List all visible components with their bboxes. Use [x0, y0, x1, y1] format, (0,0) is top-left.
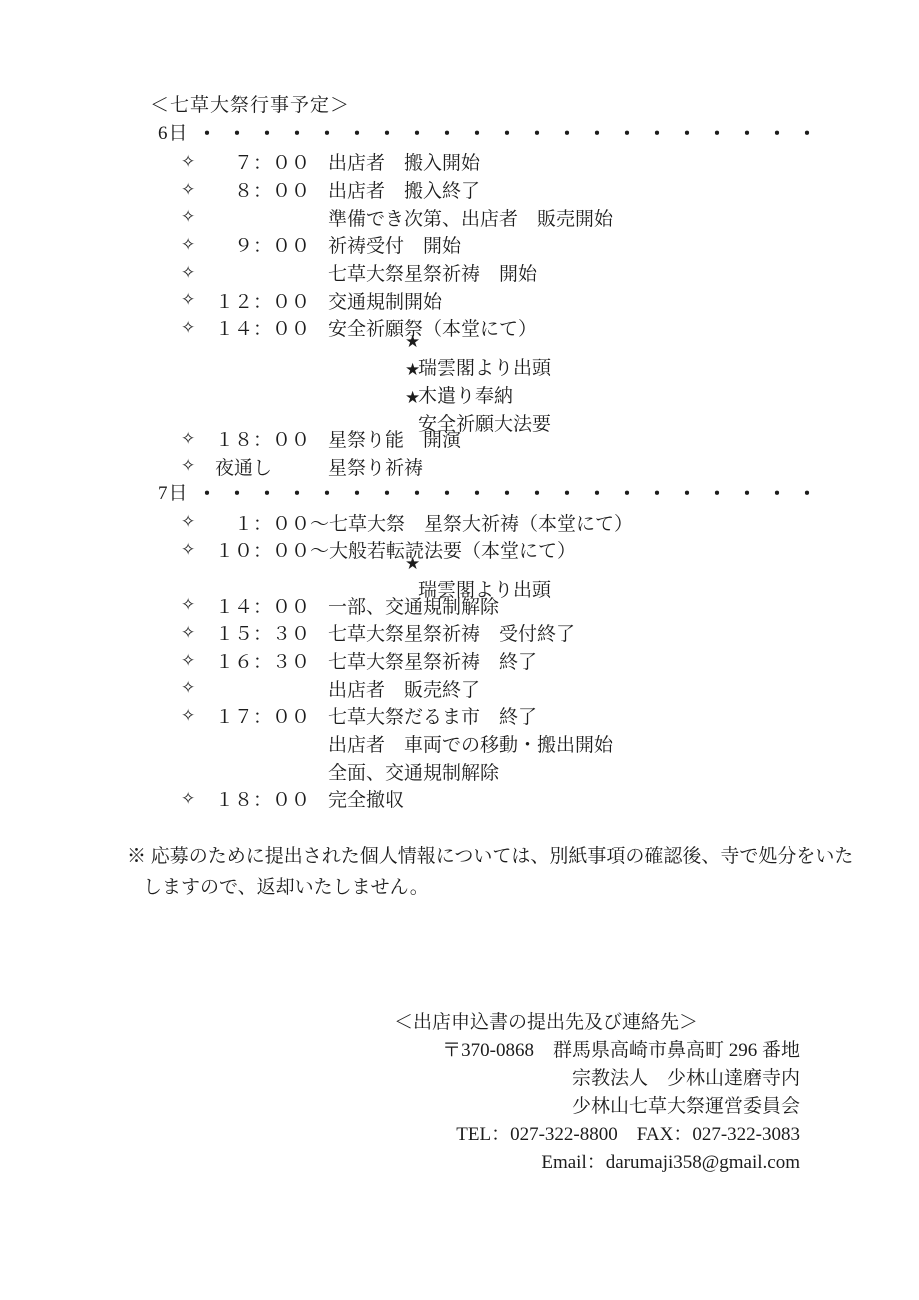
schedule-row: ✧ １４：００ 一部、交通規制解除 [0, 591, 919, 619]
dotted-leader: ・・・・・・・・・・・・・・・・・・・・・・・・・・・・・・・・・・・・・ [198, 120, 810, 148]
diamond-bullet-icon: ✧ [181, 623, 215, 643]
privacy-note-line2: しますので、返却いたしません。 [143, 872, 919, 903]
event-description: 星祭り能 開演 [328, 425, 461, 452]
schedule-row: ✧ ９：００ 祈祷受付 開始 [0, 231, 919, 259]
event-time: １４：００ [215, 314, 328, 341]
contact-heading: ＜出店申込書の提出先及び連絡先＞ [0, 1009, 800, 1037]
diamond-bullet-icon: ✧ [181, 651, 215, 671]
page-title: ＜七草大祭行事予定＞ [150, 92, 919, 120]
day7-header: 7日 ・・・・・・・・・・・・・・・・・・・・・・・・・・・・・・・・・・・・・ [158, 480, 919, 508]
event-time: １７：００ [215, 702, 328, 729]
event-description: 準備でき次第、出店者 販売開始 [328, 204, 613, 231]
event-time: １２：００ [215, 287, 328, 314]
diamond-bullet-icon: ✧ [181, 180, 215, 200]
event-time: １：００～ [215, 509, 329, 536]
star-bullet-icon: ★ [405, 554, 420, 574]
schedule-subrow: ★ 瑞雲閣より出頭 [0, 564, 919, 592]
privacy-note: ※ 応募のために提出された個人情報については、別紙事項の確認後、寺で処分をいた … [0, 841, 919, 903]
day7-rows: ✧ １：００～ 七草大祭 星祭大祈祷（本堂にて） ✧ １０：００～ 大般若転読法… [0, 508, 919, 813]
day6-rows: ✧ ７：００ 出店者 搬入開始 ✧ ８：００ 出店者 搬入終了 ✧ 準備でき次第… [0, 148, 919, 480]
diamond-bullet-icon: ✧ [181, 290, 215, 310]
schedule-row: ✧ １５：３０ 七草大祭星祭祈祷 受付終了 [0, 619, 919, 647]
event-description: 七草大祭だるま市 終了 [328, 702, 537, 729]
dotted-leader: ・・・・・・・・・・・・・・・・・・・・・・・・・・・・・・・・・・・・・ [198, 480, 810, 508]
day7-label: 7日 [158, 480, 189, 508]
schedule-row: ✧ １８：００ 完全撤収 [0, 785, 919, 813]
event-time: １４：００ [215, 592, 328, 619]
diamond-bullet-icon: ✧ [181, 263, 215, 283]
schedule-row: ✧ 七草大祭星祭祈祷 開始 [0, 259, 919, 287]
diamond-bullet-icon: ✧ [181, 235, 215, 255]
contact-committee: 少林山七草大祭運営委員会 [0, 1093, 800, 1121]
diamond-bullet-icon: ✧ [181, 152, 215, 172]
event-description: 出店者 搬入終了 [328, 176, 480, 203]
event-time: １６：３０ [215, 647, 328, 674]
event-description: 星祭り祈祷 [328, 453, 423, 480]
schedule-continuation-row: 出店者 車両での移動・搬出開始 [0, 730, 919, 758]
diamond-bullet-icon: ✧ [181, 512, 215, 532]
schedule-subrow: ★ 安全祈願大法要 [0, 397, 919, 425]
day6-label: 6日 [158, 120, 189, 148]
event-description: 一部、交通規制解除 [328, 592, 499, 619]
event-description: 七草大祭星祭祈祷 受付終了 [328, 619, 575, 646]
schedule-row: ✧ ７：００ 出店者 搬入開始 [0, 148, 919, 176]
contact-address: 〒370-0868 群馬県高崎市鼻高町 296 番地 [0, 1037, 800, 1065]
schedule-row: ✧ 準備でき次第、出店者 販売開始 [0, 203, 919, 231]
diamond-bullet-icon: ✧ [181, 540, 215, 560]
event-description: 完全撤収 [328, 785, 404, 812]
event-description: 七草大祭星祭祈祷 開始 [328, 259, 537, 286]
event-description: 出店者 車両での移動・搬出開始 [328, 730, 613, 757]
diamond-bullet-icon: ✧ [181, 429, 215, 449]
contact-block: ＜出店申込書の提出先及び連絡先＞ 〒370-0868 群馬県高崎市鼻高町 296… [0, 1009, 800, 1177]
event-time: １８：００ [215, 425, 328, 452]
event-description: 出店者 販売終了 [328, 675, 480, 702]
contact-organization: 宗教法人 少林山達磨寺内 [0, 1065, 800, 1093]
event-description: 七草大祭星祭祈祷 終了 [328, 647, 537, 674]
schedule-row: ✧ １７：００ 七草大祭だるま市 終了 [0, 702, 919, 730]
diamond-bullet-icon: ✧ [181, 318, 215, 338]
schedule-row: ✧ １８：００ 星祭り能 開演 [0, 425, 919, 453]
document-page: ＜七草大祭行事予定＞ 6日 ・・・・・・・・・・・・・・・・・・・・・・・・・・… [0, 0, 919, 1300]
diamond-bullet-icon: ✧ [181, 789, 215, 809]
diamond-bullet-icon: ✧ [181, 678, 215, 698]
schedule-row: ✧ １６：３０ 七草大祭星祭祈祷 終了 [0, 647, 919, 675]
diamond-bullet-icon: ✧ [181, 706, 215, 726]
event-time: １５：３０ [215, 619, 328, 646]
event-description: 出店者 搬入開始 [328, 148, 480, 175]
diamond-bullet-icon: ✧ [181, 456, 215, 476]
contact-tel-fax: TEL：027-322-8800 FAX：027-322-3083 [0, 1121, 800, 1149]
event-time: １８：００ [215, 785, 328, 812]
event-time: 夜通し [215, 453, 328, 480]
schedule-row: ✧ 出店者 販売終了 [0, 674, 919, 702]
event-description: 祈祷受付 開始 [328, 231, 461, 258]
event-time: ８：００ [215, 176, 328, 203]
day6-header: 6日 ・・・・・・・・・・・・・・・・・・・・・・・・・・・・・・・・・・・・・ [158, 120, 919, 148]
privacy-note-line1: ※ 応募のために提出された個人情報については、別紙事項の確認後、寺で処分をいた [127, 841, 919, 872]
contact-email: Email：darumaji358@gmail.com [0, 1149, 800, 1177]
event-time: １０：００～ [215, 536, 329, 563]
diamond-bullet-icon: ✧ [181, 595, 215, 615]
star-bullet-icon: ★ [405, 388, 420, 408]
schedule-row: ✧ ８：００ 出店者 搬入終了 [0, 176, 919, 204]
event-time: ７：００ [215, 148, 328, 175]
schedule-continuation-row: 全面、交通規制解除 [0, 757, 919, 785]
diamond-bullet-icon: ✧ [181, 207, 215, 227]
event-description: 全面、交通規制解除 [328, 758, 499, 785]
event-time: ９：００ [215, 231, 328, 258]
